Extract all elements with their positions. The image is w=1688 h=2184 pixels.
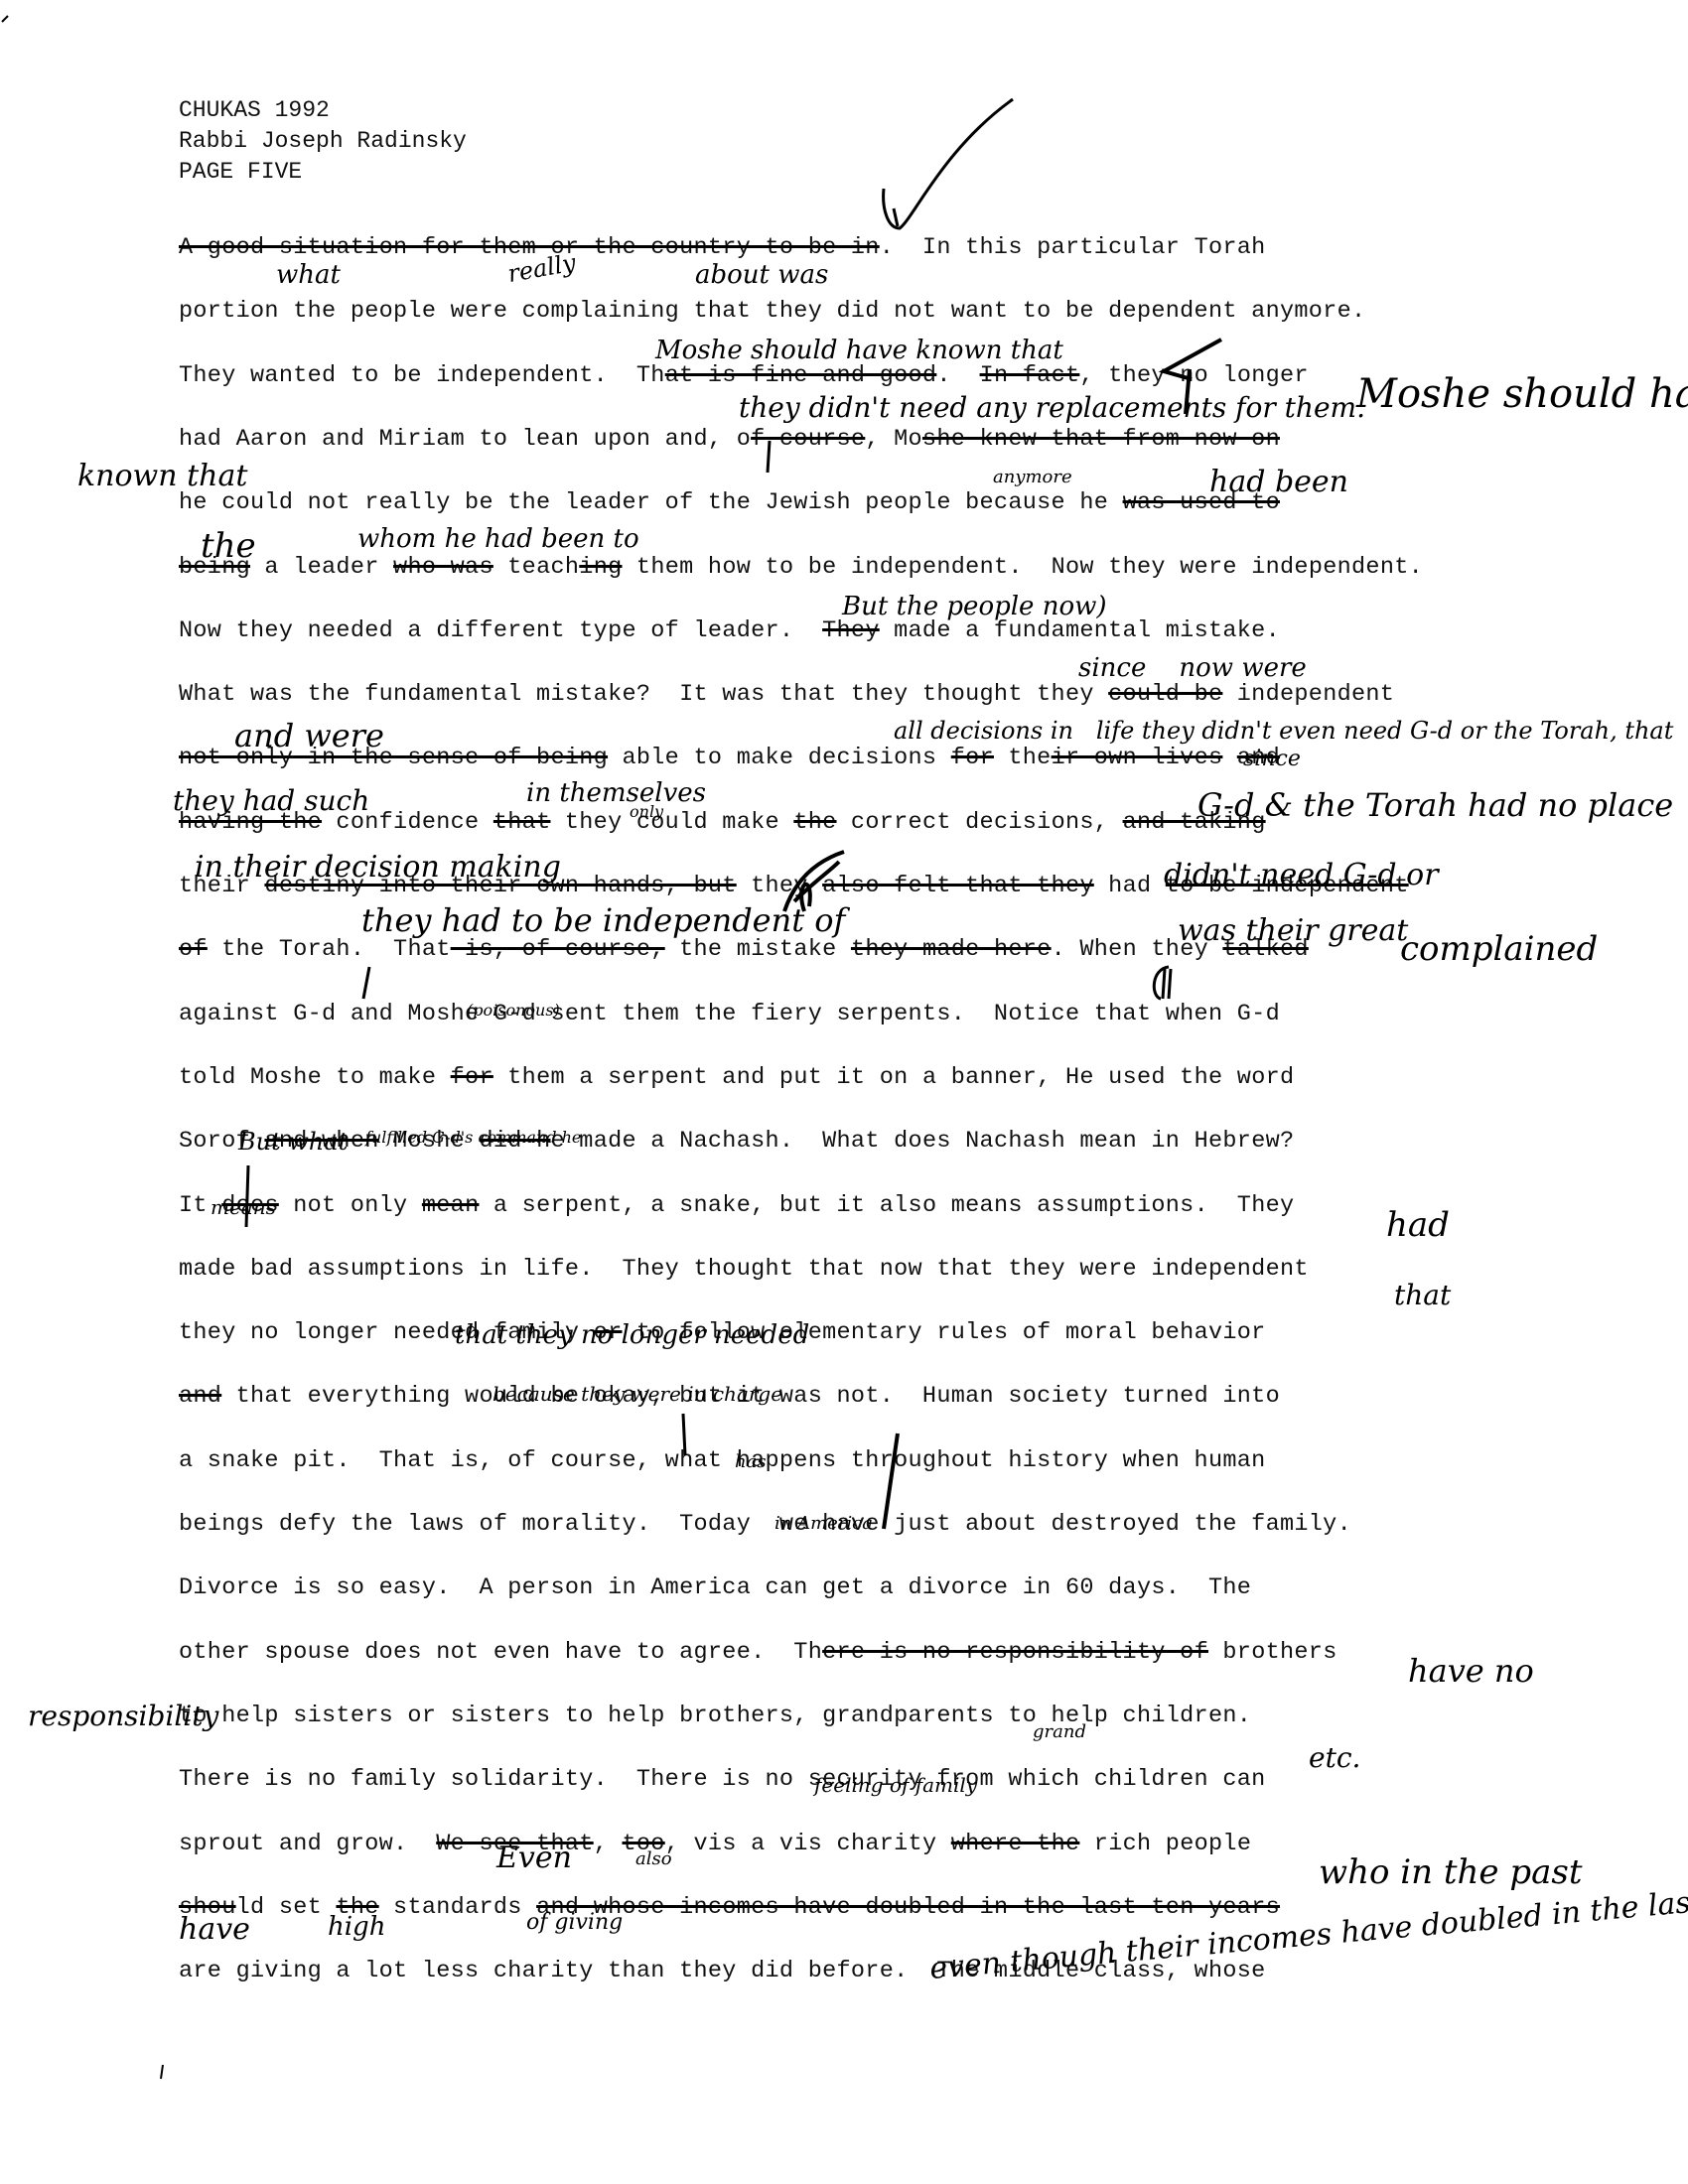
text-segment: portion the people were complaining that… <box>179 298 1365 325</box>
text-segment: he could not really be the leader of the… <box>179 489 1123 516</box>
annotation-that: that <box>1394 1279 1451 1311</box>
text-segment <box>1222 745 1236 771</box>
struck-text: also felt that they <box>822 873 1094 899</box>
annotation-but-the-people-now: But the people now) <box>842 592 1107 621</box>
text-segment: made bad assumptions in life. They thoug… <box>179 1256 1309 1283</box>
caret-arrow-icon <box>1152 330 1241 419</box>
struck-text: In fact <box>980 362 1080 389</box>
text-segment: What was the fundamental mistake? It was… <box>179 681 1108 708</box>
text-line: There is no family solidarity. There is … <box>179 1766 1266 1793</box>
annotation-moshe-should-have: Moshe should have <box>1356 371 1688 417</box>
text-segment: rich people <box>1079 1831 1251 1857</box>
annotation-they-had-to-be-independent-of: they had to be independent of <box>361 901 845 939</box>
struck-text: of <box>179 936 208 963</box>
text-segment: They wanted to be independent. Th <box>179 362 665 389</box>
text-line: beings defy the laws of morality. Today … <box>179 1511 1351 1538</box>
annotation-who-in-the-past: who in the past <box>1319 1852 1583 1892</box>
struck-text: is, of course, <box>451 936 665 963</box>
annotation-the: the <box>201 526 256 566</box>
document-page: CHUKAS 1992 Rabbi Joseph Radinsky PAGE F… <box>0 0 1688 2184</box>
text-line: told Moshe to make for them a serpent an… <box>179 1064 1294 1091</box>
struck-text: and <box>179 1383 221 1410</box>
annotation-was-their-great: was their great <box>1178 913 1408 948</box>
annotation-anymore: anymore <box>993 467 1072 487</box>
annotation-about-was: about was <box>695 260 828 290</box>
annotation-moshe-should-have-known-that: Moshe should have known that <box>655 336 1063 365</box>
text-line: made bad assumptions in life. They thoug… <box>179 1256 1309 1283</box>
paragraph-mark-icon <box>1147 963 1177 1003</box>
corner-mark-icon <box>0 0 30 30</box>
text-segment: , Mo <box>865 426 922 453</box>
text-line: against G-d and Moshe G-d sent them the … <box>179 1001 1280 1027</box>
annotation-of-giving: of giving <box>526 1910 623 1935</box>
text-line: It does not only mean a serpent, a snake… <box>179 1192 1294 1219</box>
annotation-have-no: have no <box>1408 1652 1534 1690</box>
annotation-only: only <box>630 802 663 821</box>
struck-text: who was <box>393 554 493 581</box>
page-number: PAGE FIVE <box>179 157 467 188</box>
text-segment: to help sisters or sisters to help broth… <box>179 1703 1251 1729</box>
annotation-since-now-were: since now were <box>1078 653 1307 683</box>
scribble-icon <box>774 842 854 921</box>
text-segment: , vis a vis charity <box>665 1831 951 1857</box>
struck-text: that <box>493 809 551 836</box>
text-segment: beings defy the laws of morality. Today … <box>179 1511 1351 1538</box>
text-segment: , <box>594 1831 623 1857</box>
text-segment: teach <box>493 554 579 581</box>
text-line: What was the fundamental mistake? It was… <box>179 681 1394 708</box>
text-line: had Aaron and Miriam to lean upon and, o… <box>179 426 1280 453</box>
annotation-didnt-need-gd-or: didn't need G-d or <box>1164 858 1439 892</box>
document-author: Rabbi Joseph Radinsky <box>179 126 467 157</box>
annotation-since: since <box>1243 747 1301 771</box>
struck-text: could be <box>1108 681 1222 708</box>
struck-text: ere is no responsibility of <box>822 1639 1208 1666</box>
text-segment: sprout and grow. <box>179 1831 436 1857</box>
annotation-has: has <box>735 1451 767 1472</box>
struck-text: they made here <box>851 936 1052 963</box>
text-segment: had <box>1094 873 1166 899</box>
insertion-caret-icon-4 <box>238 1161 258 1231</box>
annotation-in-themselves: in themselves <box>526 778 706 808</box>
annotation-and-were: and were <box>234 717 384 754</box>
text-segment: told Moshe to make <box>179 1064 451 1091</box>
annotation-known-that: known that <box>77 459 247 493</box>
text-segment: able to make decisions <box>608 745 951 771</box>
annotation-fulfilled-gds-command-he: fulfilled G-d's command he <box>365 1128 581 1147</box>
text-line: portion the people were complaining that… <box>179 298 1365 325</box>
struck-text: at is fine and good <box>665 362 937 389</box>
struck-text: for <box>451 1064 493 1091</box>
text-segment: a leader <box>250 554 393 581</box>
annotation-poisonous: (poisonous) <box>467 1001 560 1020</box>
annotation-responsibility: responsibility <box>28 1700 218 1732</box>
text-segment: other spouse does not even have to agree… <box>179 1639 822 1666</box>
struck-text: she knew that from now on <box>922 426 1280 453</box>
annotation-in-their-decision-making: in their decision making <box>195 850 561 885</box>
insertion-caret-icon <box>760 437 779 477</box>
text-line: Now they needed a different type of lead… <box>179 617 1280 644</box>
annotation-all-decisions-in-life: all decisions in life they didn't even n… <box>894 717 1673 745</box>
annotation-have: have <box>179 1912 250 1947</box>
annotation-but-what: But what <box>238 1128 348 1156</box>
text-segment: had Aaron and Miriam to lean upon and, o <box>179 426 751 453</box>
text-segment: the Torah. That <box>208 936 451 963</box>
struck-text: mean <box>422 1192 480 1219</box>
text-segment: they could make <box>550 809 793 836</box>
text-line: to help sisters or sisters to help broth… <box>179 1703 1251 1729</box>
text-line: sprout and grow. We see that, too, vis a… <box>179 1831 1251 1857</box>
text-line: being a leader who was teaching them how… <box>179 554 1423 581</box>
struck-text: ing <box>579 554 622 581</box>
struck-text: ir own lives <box>1052 745 1223 771</box>
text-segment: brothers <box>1208 1639 1337 1666</box>
text-segment: ld set <box>236 1894 337 1921</box>
text-segment: . In this particular Torah <box>880 234 1266 261</box>
annotation-what: what <box>276 260 341 290</box>
text-segment: Now they needed a different type of lead… <box>179 617 822 644</box>
text-segment: against G-d and Moshe G-d sent them the … <box>179 1001 1280 1027</box>
text-segment: not only <box>279 1192 422 1219</box>
text-segment: Divorce is so easy. A person in America … <box>179 1574 1251 1601</box>
text-segment: independent <box>1222 681 1394 708</box>
annotation-because-they-were-in-charge: because they were in charge <box>492 1382 782 1406</box>
text-segment: the <box>994 745 1052 771</box>
text-line: he could not really be the leader of the… <box>179 489 1280 516</box>
text-segment: the mistake <box>665 936 851 963</box>
insertion-caret-icon-2 <box>357 963 377 1003</box>
annotation-gd-and-torah-no-place: G-d & the Torah had no place <box>1197 786 1673 824</box>
text-segment: correct decisions, <box>837 809 1123 836</box>
annotation-feeling-of-family: feeling of family <box>814 1773 977 1797</box>
caret-arrow-icon-2 <box>864 1430 904 1539</box>
annotation-high: high <box>328 1912 385 1942</box>
document-header: CHUKAS 1992 Rabbi Joseph Radinsky PAGE F… <box>179 95 467 188</box>
text-segment: standards <box>379 1894 536 1921</box>
annotation-they-didnt-need-replacements: they didn't need any replacements for th… <box>739 391 1365 424</box>
struck-text: and whose incomes have doubled in the la… <box>536 1894 1280 1921</box>
text-segment: them a serpent and put it on a banner, H… <box>493 1064 1295 1091</box>
annotation-that-they-no-longer-needed: that they no longer needed <box>455 1320 809 1350</box>
text-line: other spouse does not even have to agree… <box>179 1639 1337 1666</box>
text-segment: a serpent, a snake, but it also means as… <box>479 1192 1294 1219</box>
annotation-in-america: in America <box>774 1513 873 1534</box>
annotation-complained: complained <box>1400 929 1598 969</box>
struck-text: the <box>793 809 836 836</box>
struck-text: for <box>951 745 994 771</box>
annotation-etc: etc. <box>1309 1741 1360 1774</box>
text-segment: them how to be independent. Now they wer… <box>623 554 1424 581</box>
insertion-caret-icon-3 <box>675 1410 695 1459</box>
document-title: CHUKAS 1992 <box>179 95 467 126</box>
text-line: A good situation for them or the country… <box>179 234 1266 261</box>
text-line: a snake pit. That is, of course, what ha… <box>179 1447 1266 1474</box>
struck-text: where the <box>951 1831 1080 1857</box>
annotation-grand: grand <box>1033 1721 1086 1742</box>
annotation-also: also <box>635 1848 672 1869</box>
text-segment: There is no family solidarity. There is … <box>179 1766 1266 1793</box>
annotation-whom-had-been-to: whom he had been to <box>357 524 639 554</box>
text-line: They wanted to be independent. That is f… <box>179 362 1309 389</box>
annotation-had-been: had been <box>1209 465 1348 499</box>
annotation-had: had <box>1386 1205 1450 1245</box>
annotation-they-had-such: they had such <box>173 784 369 817</box>
text-segment: . <box>936 362 979 389</box>
text-line: Divorce is so easy. A person in America … <box>179 1574 1251 1601</box>
annotation-even: Even <box>496 1841 572 1875</box>
text-segment: e made a Nachash. What does Nachash mean… <box>550 1128 1294 1155</box>
checkmark-icon <box>874 89 1033 238</box>
text-segment: a snake pit. That is, of course, what ha… <box>179 1447 1266 1474</box>
text-line: of the Torah. That is, of course, the mi… <box>179 936 1309 963</box>
stray-mark-icon <box>157 2063 167 2083</box>
